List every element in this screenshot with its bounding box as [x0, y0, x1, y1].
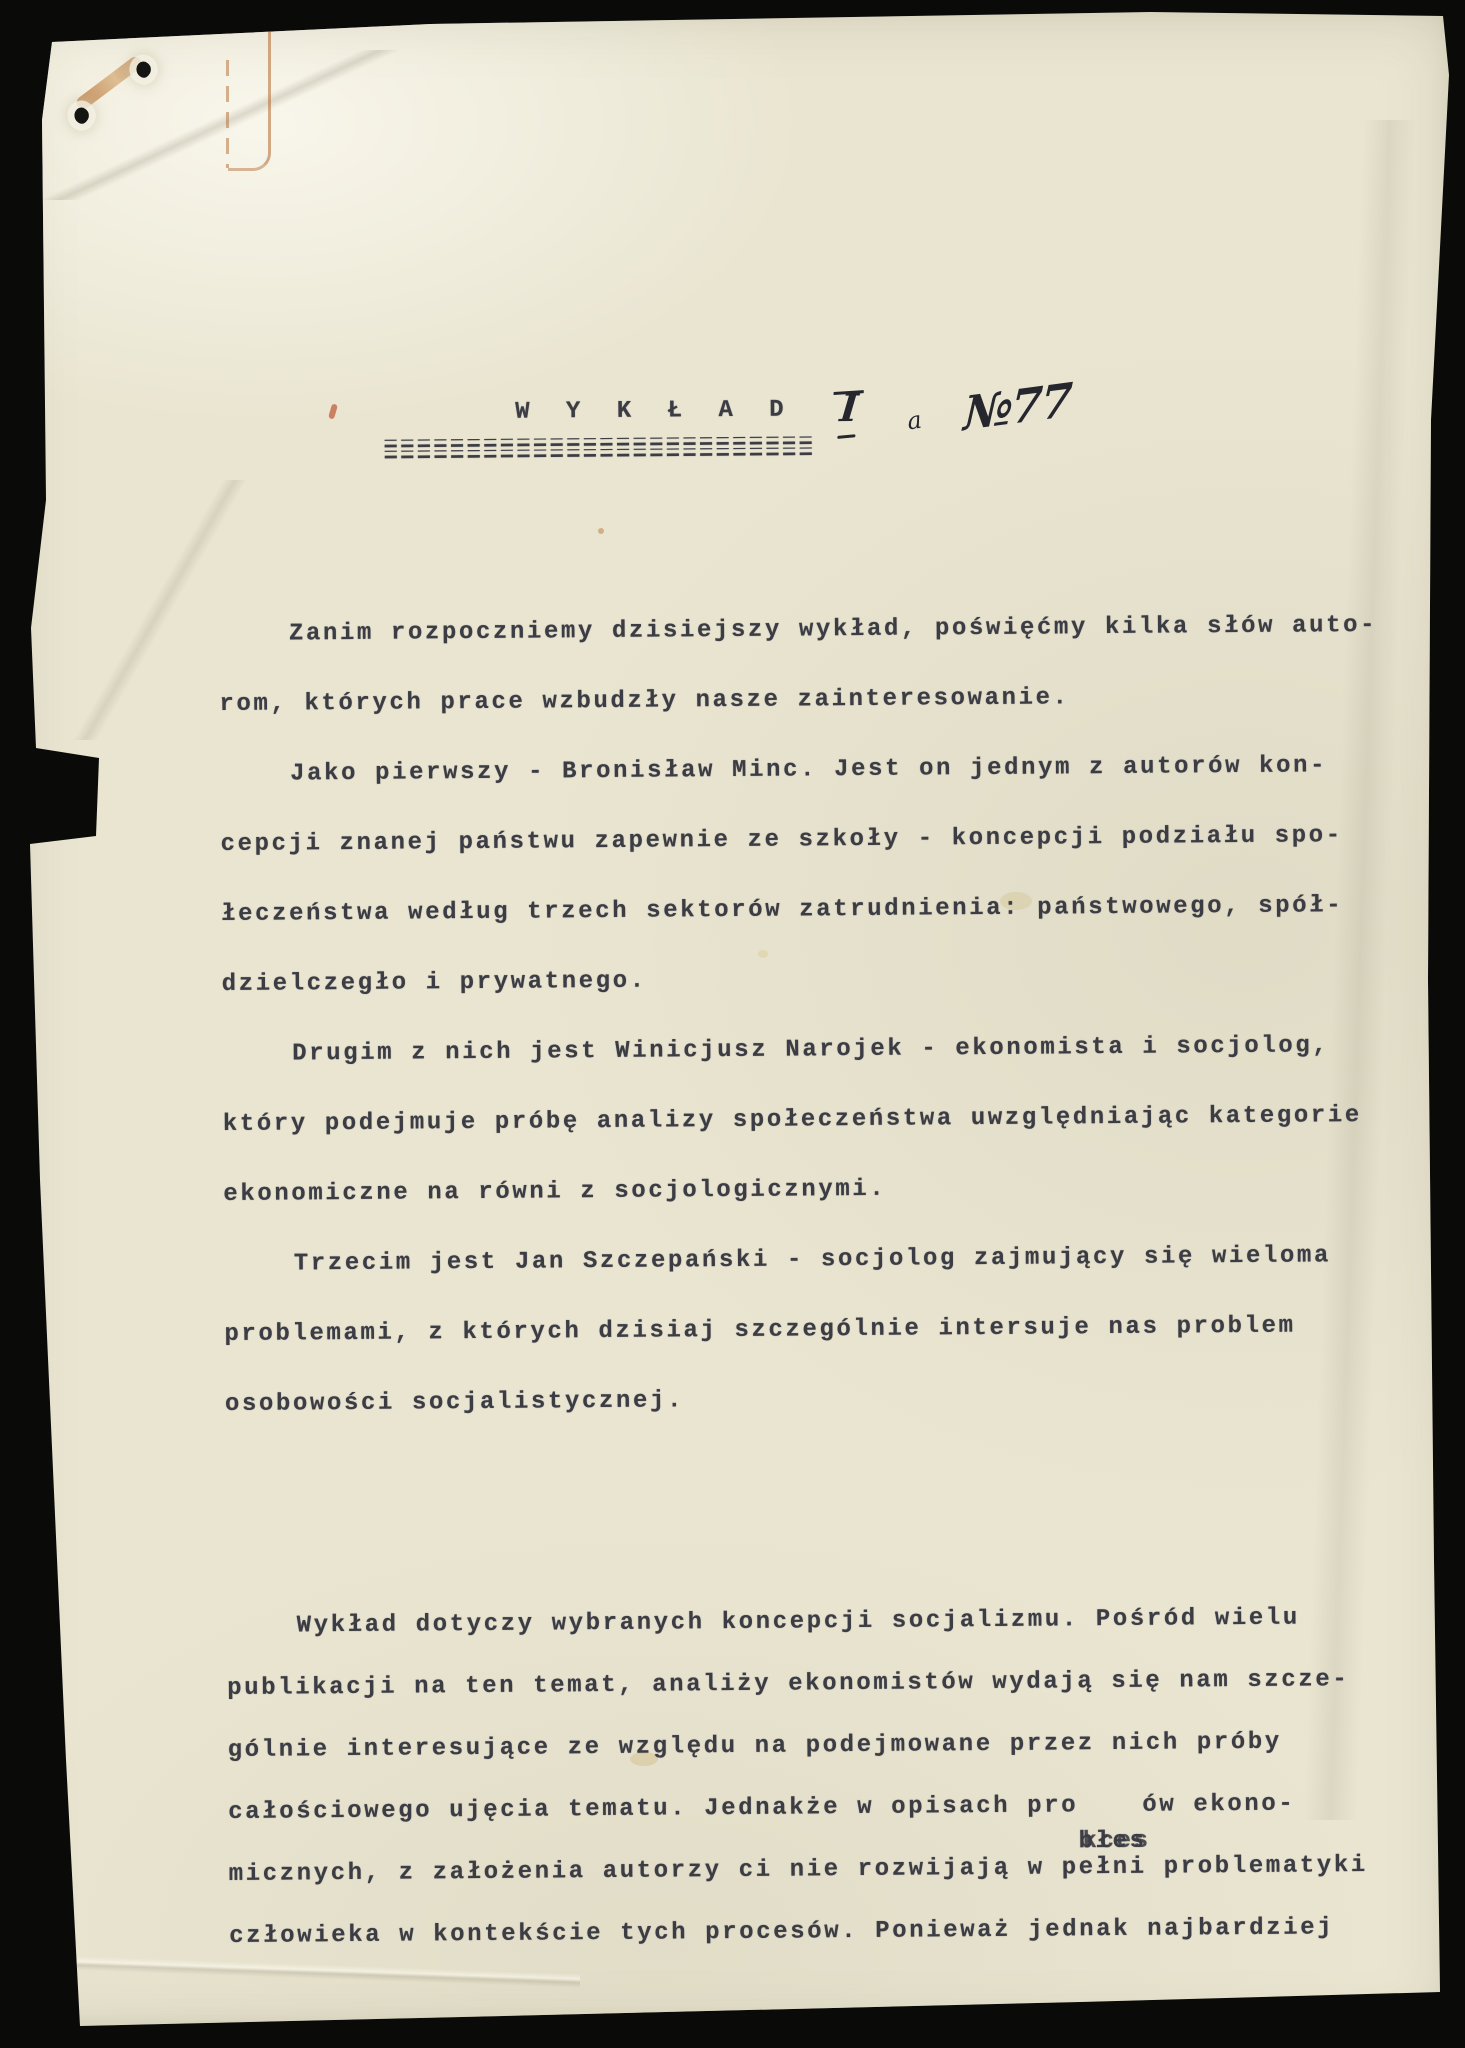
typed-line: Zanim rozpoczniemy dzisiejszy wykład, po…: [219, 591, 1378, 670]
handwritten-number: №77: [962, 372, 1072, 441]
typed-line: osobowości socjalistycznej.: [225, 1361, 1384, 1440]
page-title: W Y K Ł A D: [515, 396, 795, 425]
typed-line: który podejmuje próbę analizy społeczeńs…: [223, 1081, 1382, 1160]
typed-line: łeczeństwa według trzech sektorów zatrud…: [221, 871, 1380, 950]
scan-background: W Y K Ł A D I a №77 ====================…: [0, 0, 1465, 2048]
paper-sheet: W Y K Ł A D I a №77 ====================…: [0, 0, 1465, 2048]
typed-line: micznych, z założenia autorzy ci nie roz…: [228, 1835, 1368, 1906]
text-block-upper: Zanim rozpoczniemy dzisiejszy wykład, po…: [219, 591, 1384, 1440]
typed-line: rom, których prace wzbudzły nasze zainte…: [219, 661, 1378, 740]
typed-line: problemami, z których dzisiaj szczególni…: [224, 1291, 1383, 1370]
typed-segment: ów ekono-: [1142, 1791, 1295, 1819]
typewriter-overstrike: błeskces: [1078, 1811, 1142, 1812]
typed-line: Trzecim jest Jan Szczepański - socjolog …: [224, 1221, 1383, 1300]
typed-line: ekonomiczne na równi z socjologicznymi.: [223, 1151, 1382, 1230]
typed-line: gólnie interesujące ze względu na podejm…: [227, 1711, 1367, 1782]
overstrike-layer: kces: [1082, 1811, 1151, 1874]
typed-page-content: W Y K Ł A D I a №77 ====================…: [0, 0, 1465, 2048]
handwritten-annotation: a: [905, 406, 923, 436]
typed-line-with-overstrike: całościowego ujęcia tematu. Jednakże w o…: [228, 1773, 1368, 1844]
typed-segment: całościowego ujęcia tematu. Jednakże w o…: [228, 1792, 1078, 1826]
typed-line: Drugim z nich jest Winicjusz Narojek - e…: [222, 1011, 1381, 1090]
typed-line: cepcji znanej państwu zapewnie ze szkoły…: [220, 801, 1379, 880]
typed-line: Jako pierwszy - Bronisław Minc. Jest on …: [220, 731, 1379, 810]
typed-line: Wykład dotyczy wybranych koncepcji socja…: [226, 1587, 1366, 1658]
typed-line: człowieka w kontekście tych procesów. Po…: [229, 1897, 1369, 1968]
typed-line: publikacji na ten temat, analiży ekonomi…: [227, 1649, 1367, 1720]
title-underline-row: ==========================: [383, 447, 815, 461]
text-block-lower: Wykład dotyczy wybranych koncepcji socja…: [226, 1587, 1368, 1968]
title-underline: ========================== =============…: [383, 436, 815, 461]
typed-line: dzielczegło i prywatnego.: [221, 941, 1380, 1020]
handwritten-lecture-numeral: I: [838, 389, 859, 427]
